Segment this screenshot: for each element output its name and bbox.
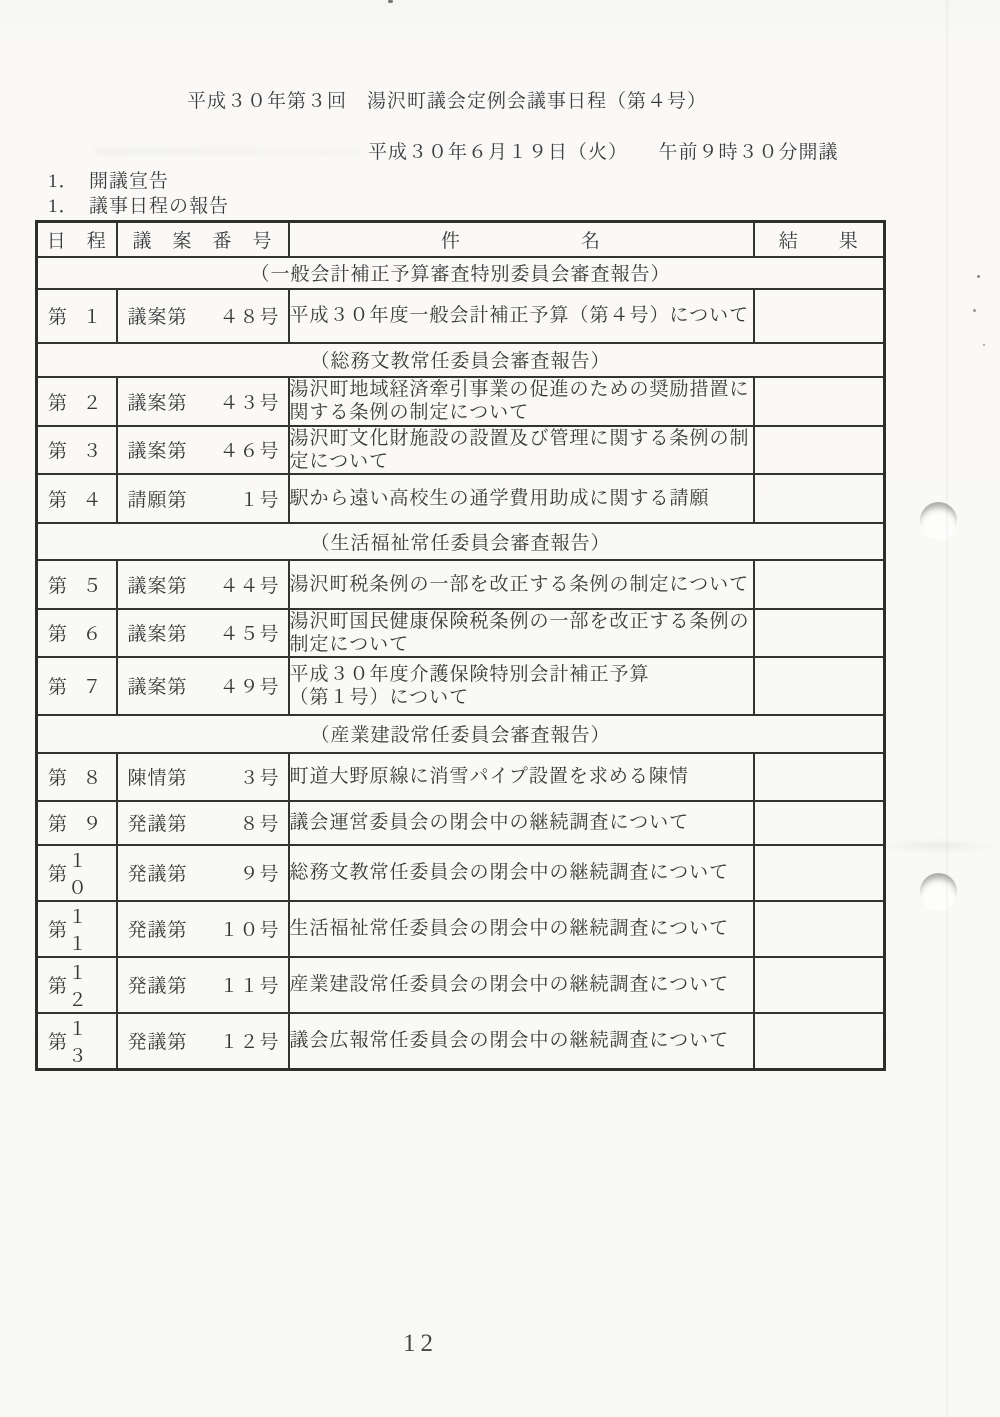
result-cell: [754, 560, 885, 609]
bill-number-cell: 発議第１２号: [117, 1013, 289, 1070]
day-cell: 第１３: [37, 1013, 117, 1070]
subject-cell: 生活福祉常任委員会の閉会中の継続調査について: [289, 901, 754, 957]
bill-number-cell: 発議第１０号: [117, 901, 289, 957]
subject-cell: 駅から遠い高校生の通学費用助成に関する請願: [289, 474, 754, 523]
result-cell: [754, 474, 885, 523]
committee-section-label: （総務文教常任委員会審査報告）: [37, 343, 885, 377]
scanned-document-page: 平成３０年第３回 湯沢町議会定例会議事日程（第４号） 平成３０年６月１９日（火）…: [0, 0, 1000, 1417]
day-label: 第: [48, 809, 68, 836]
bill-number-cell: 議案第４４号: [117, 560, 289, 609]
subject-cell: 議会広報常任委員会の閉会中の継続調査について: [289, 1013, 754, 1070]
result-cell: [754, 426, 885, 474]
session-datetime: 平成３０年６月１９日（火） 午前９時３０分開議: [368, 137, 839, 164]
bill-number-cell: 発議第８号: [117, 801, 289, 845]
agenda-item-row: 第１１ 発議第１０号 生活福祉常任委員会の閉会中の継続調査について: [37, 901, 885, 957]
agenda-item-row: 第４ 請願第１号 駅から遠い高校生の通学費用助成に関する請願: [37, 474, 885, 523]
bill-type-label: 議案第: [128, 388, 188, 415]
subject-cell: 湯沢町税条例の一部を改正する条例の制定について: [289, 560, 754, 609]
day-number: ７: [82, 672, 102, 699]
subject-cell: 町道大野原線に消雪パイプ設置を求める陳情: [289, 753, 754, 801]
day-label: 第: [48, 571, 68, 598]
committee-section-label: （産業建設常任委員会審査報告）: [37, 715, 885, 753]
agenda-item-row: 第５ 議案第４４号 湯沢町税条例の一部を改正する条例の制定について: [37, 560, 885, 609]
day-label: 第: [48, 763, 68, 790]
day-label: 第: [48, 302, 68, 329]
bill-type-label: 議案第: [128, 672, 188, 699]
bill-number-cell: 議案第４９号: [117, 657, 289, 715]
day-cell: 第９: [37, 801, 117, 845]
day-label: 第: [48, 436, 68, 463]
committee-section-row: （一般会計補正予算審査特別委員会審査報告）: [37, 257, 885, 289]
bill-number: １０号: [219, 915, 279, 942]
agenda-item-row: 第７ 議案第４９号 平成３０年度介護保険特別会計補正予算 （第１号）について: [37, 657, 885, 715]
result-cell: [754, 901, 885, 957]
table-header-row: 日 程 議 案 番 号 件 名 結 果: [37, 222, 885, 257]
result-cell: [754, 609, 885, 657]
bill-number: １２号: [219, 1027, 279, 1054]
agenda-table: 日 程 議 案 番 号 件 名 結 果 （一般会計補正予算審査特別委員会審査報告…: [35, 220, 886, 1071]
agenda-item-row: 第８ 陳情第３号 町道大野原線に消雪パイプ設置を求める陳情: [37, 753, 885, 801]
page-number: 12: [403, 1330, 438, 1358]
day-number: １２: [68, 958, 102, 1012]
bill-number: ４３号: [219, 388, 279, 415]
header-day: 日 程: [37, 222, 117, 257]
day-number: １３: [68, 1014, 102, 1068]
bill-type-label: 陳情第: [128, 763, 188, 790]
bill-type-label: 議案第: [128, 302, 188, 329]
day-label: 第: [48, 672, 68, 699]
agenda-item-schedule-report: 1． 議事日程の報告: [48, 191, 229, 218]
day-cell: 第７: [37, 657, 117, 715]
agenda-item-row: 第１２ 発議第１１号 産業建設常任委員会の閉会中の継続調査について: [37, 957, 885, 1013]
day-number: ８: [82, 763, 102, 790]
bill-number: ８号: [239, 809, 279, 836]
bill-type-label: 発議第: [128, 915, 188, 942]
day-number: １１: [68, 902, 102, 956]
day-number: ４: [82, 485, 102, 512]
bill-number: ４５号: [219, 619, 279, 646]
agenda-item-row: 第２ 議案第４３号 湯沢町地域経済牽引事業の促進のための奨励措置に関する条例の制…: [37, 377, 885, 426]
agenda-item-row: 第１０ 発議第９号 総務文教常任委員会の閉会中の継続調査について: [37, 845, 885, 901]
agenda-item-row: 第９ 発議第８号 議会運営委員会の閉会中の継続調査について: [37, 801, 885, 845]
subject-cell: 湯沢町国民健康保険税条例の一部を改正する条例の制定について: [289, 609, 754, 657]
subject-cell: 湯沢町地域経済牽引事業の促進のための奨励措置に関する条例の制定について: [289, 377, 754, 426]
day-cell: 第２: [37, 377, 117, 426]
bill-type-label: 発議第: [128, 859, 188, 886]
day-label: 第: [48, 388, 68, 415]
result-cell: [754, 801, 885, 845]
bill-number: ９号: [239, 859, 279, 886]
bill-type-label: 議案第: [128, 436, 188, 463]
day-number: ９: [82, 809, 102, 836]
day-number: １０: [68, 846, 102, 900]
day-number: １: [82, 302, 102, 329]
agenda-item-row: 第１ 議案第４８号 平成３０年度一般会計補正予算（第４号）について: [37, 289, 885, 343]
punch-hole-bottom: [920, 873, 957, 910]
agenda-item-opening-declaration: 1． 開議宣告: [48, 166, 169, 193]
day-number: ５: [82, 571, 102, 598]
subject-cell: 議会運営委員会の閉会中の継続調査について: [289, 801, 754, 845]
bill-type-label: 発議第: [128, 971, 188, 998]
day-cell: 第６: [37, 609, 117, 657]
header-result: 結 果: [754, 222, 885, 257]
day-number: ６: [82, 619, 102, 646]
bill-number-cell: 議案第４８号: [117, 289, 289, 343]
day-label: 第: [48, 971, 68, 998]
bill-type-label: 発議第: [128, 1027, 188, 1054]
day-cell: 第１２: [37, 957, 117, 1013]
committee-section-row: （産業建設常任委員会審査報告）: [37, 715, 885, 753]
agenda-item-row: 第３ 議案第４６号 湯沢町文化財施設の設置及び管理に関する条例の制定について: [37, 426, 885, 474]
result-cell: [754, 377, 885, 426]
bill-number-cell: 発議第１１号: [117, 957, 289, 1013]
scan-ghosting: [95, 147, 360, 156]
day-number: ２: [82, 388, 102, 415]
header-bill-number: 議 案 番 号: [117, 222, 289, 257]
scan-speck: [977, 275, 980, 278]
bill-type-label: 議案第: [128, 619, 188, 646]
committee-section-row: （総務文教常任委員会審査報告）: [37, 343, 885, 377]
bill-number: ４８号: [219, 302, 279, 329]
day-label: 第: [48, 485, 68, 512]
bill-number-cell: 議案第４５号: [117, 609, 289, 657]
result-cell: [754, 845, 885, 901]
day-label: 第: [48, 619, 68, 646]
committee-section-label: （生活福祉常任委員会審査報告）: [37, 523, 885, 560]
subject-cell: 産業建設常任委員会の閉会中の継続調査について: [289, 957, 754, 1013]
subject-cell: 平成３０年度一般会計補正予算（第４号）について: [289, 289, 754, 343]
committee-section-label: （一般会計補正予算審査特別委員会審査報告）: [37, 257, 885, 289]
result-cell: [754, 289, 885, 343]
header-subject: 件 名: [289, 222, 754, 257]
document-title: 平成３０年第３回 湯沢町議会定例会議事日程（第４号）: [187, 86, 707, 113]
day-cell: 第１: [37, 289, 117, 343]
result-cell: [754, 753, 885, 801]
result-cell: [754, 1013, 885, 1070]
bill-number-cell: 陳情第３号: [117, 753, 289, 801]
day-cell: 第１１: [37, 901, 117, 957]
bill-number: ４９号: [219, 672, 279, 699]
bill-number-cell: 発議第９号: [117, 845, 289, 901]
bill-number: １１号: [219, 971, 279, 998]
bill-number-cell: 請願第１号: [117, 474, 289, 523]
scan-speck: [388, 0, 393, 3]
day-cell: 第１０: [37, 845, 117, 901]
day-label: 第: [48, 1027, 68, 1054]
day-number: ３: [82, 436, 102, 463]
bill-number-cell: 議案第４６号: [117, 426, 289, 474]
day-label: 第: [48, 859, 68, 886]
scan-speck: [983, 344, 985, 346]
scan-smudge: [878, 838, 1000, 854]
bill-type-label: 議案第: [128, 571, 188, 598]
agenda-item-row: 第６ 議案第４５号 湯沢町国民健康保険税条例の一部を改正する条例の制定について: [37, 609, 885, 657]
day-cell: 第８: [37, 753, 117, 801]
bill-number: １号: [239, 485, 279, 512]
bill-number: ４４号: [219, 571, 279, 598]
fold-crease: [946, 0, 948, 1417]
result-cell: [754, 957, 885, 1013]
bill-number-cell: 議案第４３号: [117, 377, 289, 426]
committee-section-row: （生活福祉常任委員会審査報告）: [37, 523, 885, 560]
scan-speck: [973, 309, 976, 312]
day-cell: 第３: [37, 426, 117, 474]
bill-type-label: 発議第: [128, 809, 188, 836]
bill-type-label: 請願第: [128, 485, 188, 512]
day-cell: 第４: [37, 474, 117, 523]
bill-number: ３号: [239, 763, 279, 790]
day-label: 第: [48, 915, 68, 942]
day-cell: 第５: [37, 560, 117, 609]
punch-hole-top: [920, 502, 957, 539]
bill-number: ４６号: [219, 436, 279, 463]
agenda-item-row: 第１３ 発議第１２号 議会広報常任委員会の閉会中の継続調査について: [37, 1013, 885, 1070]
subject-cell: 総務文教常任委員会の閉会中の継続調査について: [289, 845, 754, 901]
subject-cell: 湯沢町文化財施設の設置及び管理に関する条例の制定について: [289, 426, 754, 474]
result-cell: [754, 657, 885, 715]
subject-cell: 平成３０年度介護保険特別会計補正予算 （第１号）について: [289, 657, 754, 715]
